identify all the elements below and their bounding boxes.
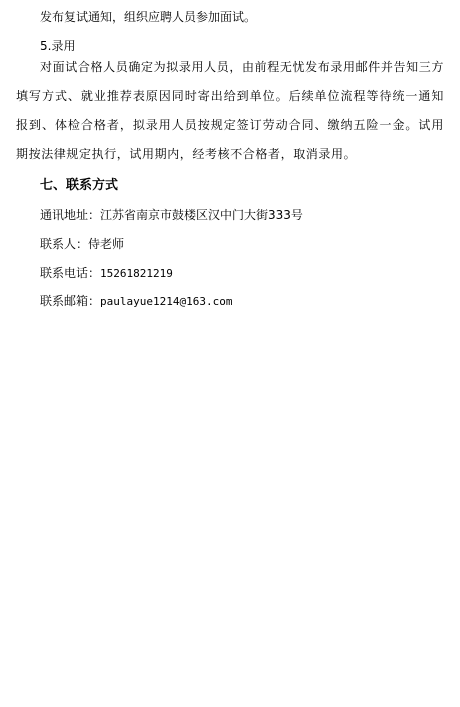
section-5-paragraph: 对面试合格人员确定为拟录用人员，由前程无忧发布录用邮件并告知三方填写方式、就业推… <box>16 53 444 169</box>
contact-person-row: 联系人：侍老师 <box>40 236 124 252</box>
intro-line: 发布复试通知，组织应聘人员参加面试。 <box>40 9 256 25</box>
phone-label: 联系电话： <box>40 266 100 280</box>
section-5-title: 5.录用 <box>40 38 75 54</box>
phone-value: 15261821219 <box>100 267 173 280</box>
section-7-heading: 七、联系方式 <box>40 178 118 194</box>
email-label: 联系邮箱： <box>40 294 100 308</box>
contact-person-value: 侍老师 <box>88 237 124 251</box>
phone-row: 联系电话：15261821219 <box>40 265 173 282</box>
email-row: 联系邮箱：paulayue1214@163.com <box>40 293 232 310</box>
address-value: 江苏省南京市鼓楼区汉中门大街333号 <box>100 208 303 222</box>
address-row: 通讯地址：江苏省南京市鼓楼区汉中门大街333号 <box>40 207 303 223</box>
contact-person-label: 联系人： <box>40 237 88 251</box>
email-value[interactable]: paulayue1214@163.com <box>100 295 232 308</box>
address-label: 通讯地址： <box>40 208 100 222</box>
